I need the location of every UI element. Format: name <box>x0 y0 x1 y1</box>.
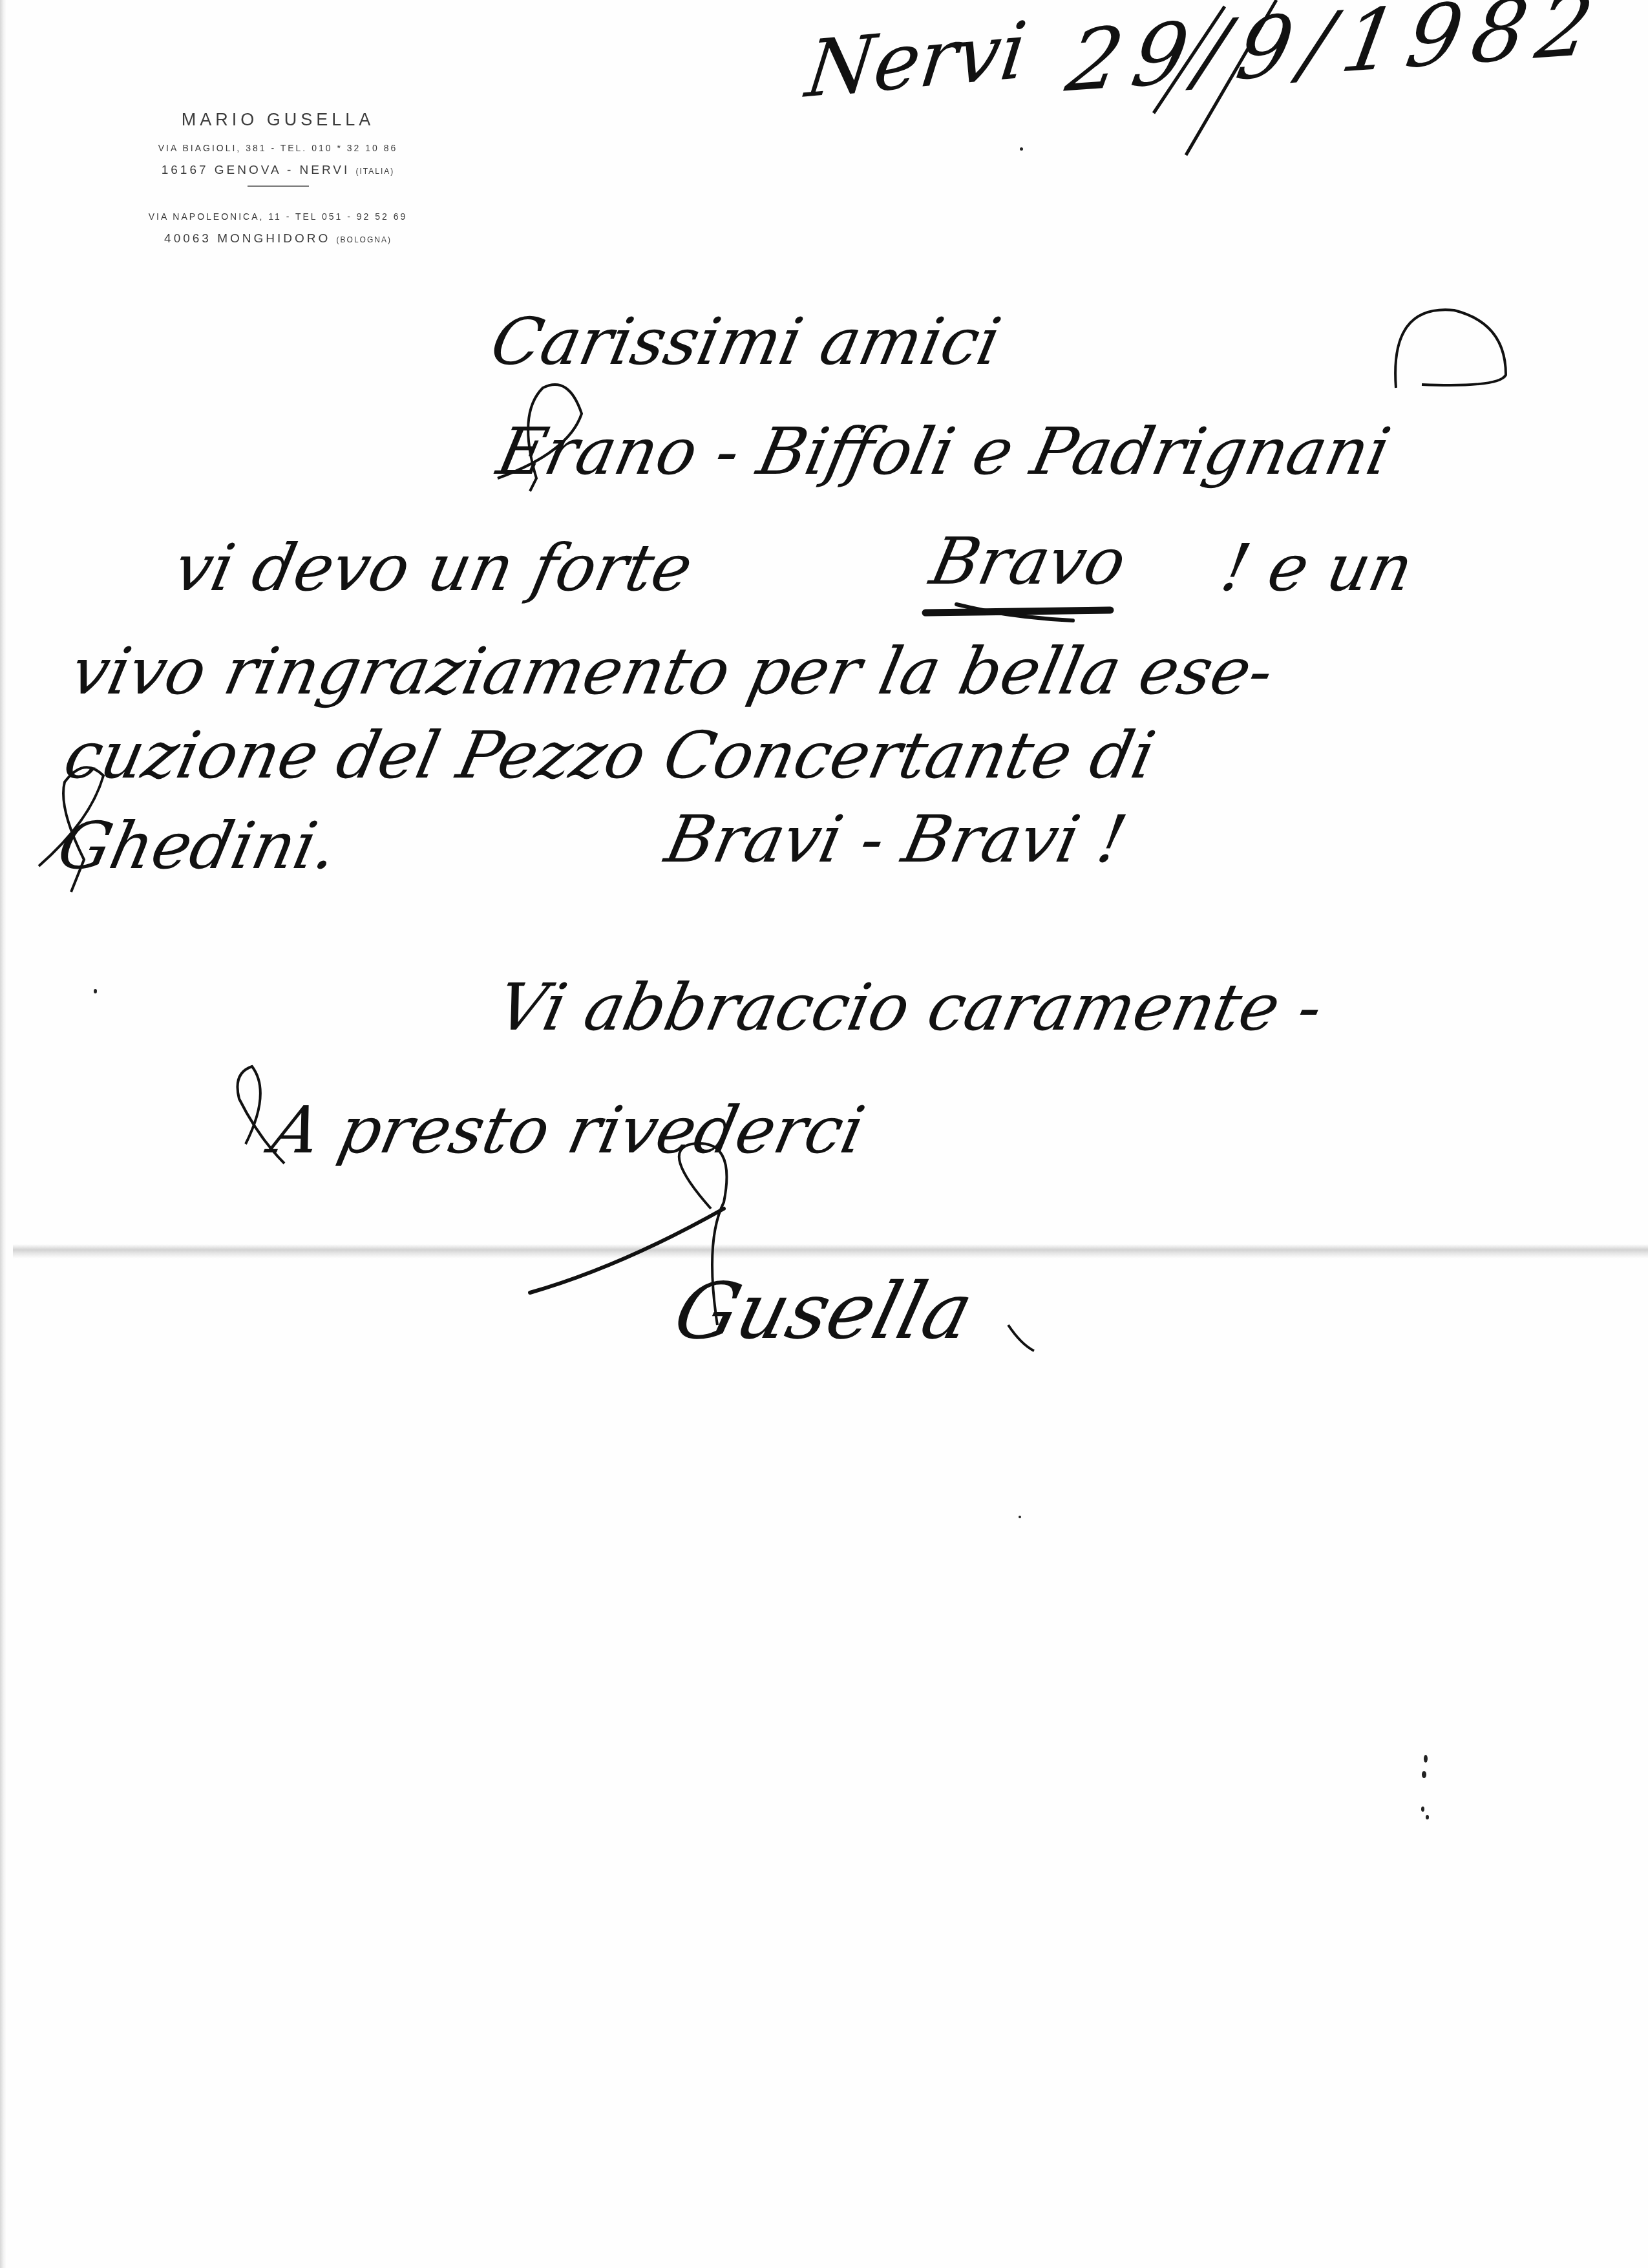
scan-speck <box>1020 147 1023 151</box>
scan-speck <box>94 989 97 993</box>
letter-page: MARIO GUSELLA VIA BIAGIOLI, 381 - TEL. 0… <box>0 0 1648 2268</box>
scan-speck <box>1422 1771 1426 1778</box>
scan-speck <box>1421 1807 1424 1812</box>
scan-speck <box>1426 1815 1429 1819</box>
scan-speck <box>1424 1755 1428 1763</box>
ink-flourishes <box>0 0 1648 2268</box>
scan-speck <box>1019 1516 1021 1518</box>
